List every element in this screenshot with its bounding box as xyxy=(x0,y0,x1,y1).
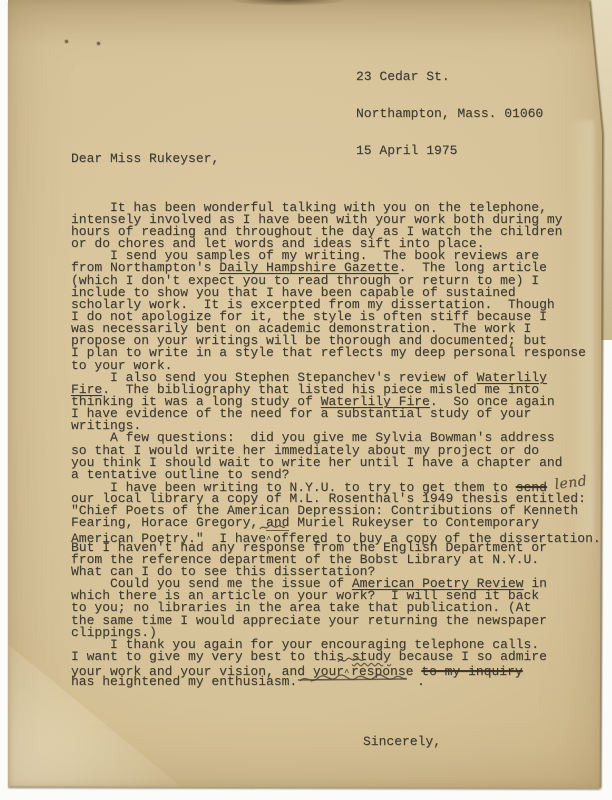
salutation: Dear Miss Rukeyser, xyxy=(71,153,601,165)
address-line-2: Northampton, Mass. 01060 xyxy=(356,108,543,120)
caret-insertion-mark: ^ xyxy=(266,530,273,542)
text-segment: Muriel Rukeyser to Contemporary xyxy=(289,515,539,530)
paper-wrap: 23 Cedar St. Northampton, Mass. 01060 15… xyxy=(8,0,602,788)
letter-line: I want to give my very best to this stud… xyxy=(71,651,601,663)
text-segment: to my inquiry xyxy=(421,664,522,679)
letter-line: I have evidence of the need for a substa… xyxy=(71,408,601,420)
letter-paper: 23 Cedar St. Northampton, Mass. 01060 15… xyxy=(8,0,602,788)
scanned-letter-page: { "colors": { "paper": "#d6c298", "ink":… xyxy=(0,0,612,800)
text-segment: I want to give my very best to this xyxy=(71,649,352,664)
letter-body: It has been wonderful talking with you o… xyxy=(71,202,601,688)
struck-out-illegible-phrase xyxy=(297,675,409,685)
text-segment: because I so admire xyxy=(391,649,547,664)
text-segment: has heightened my enthusiasm. xyxy=(71,674,297,689)
text-segment: Fearing, Horace Gregory, xyxy=(71,515,266,530)
letter-line: Fearing, Horace Gregory, and Muriel Ruke… xyxy=(71,517,601,529)
closing: Sincerely, xyxy=(71,736,601,748)
letter-text: Dear Miss Rukeyser, It has been wonderfu… xyxy=(71,129,601,772)
handwritten-correction-lend: lend xyxy=(554,475,588,491)
text-segment: . xyxy=(409,674,425,689)
address-line-1: 23 Cedar St. xyxy=(356,71,543,83)
